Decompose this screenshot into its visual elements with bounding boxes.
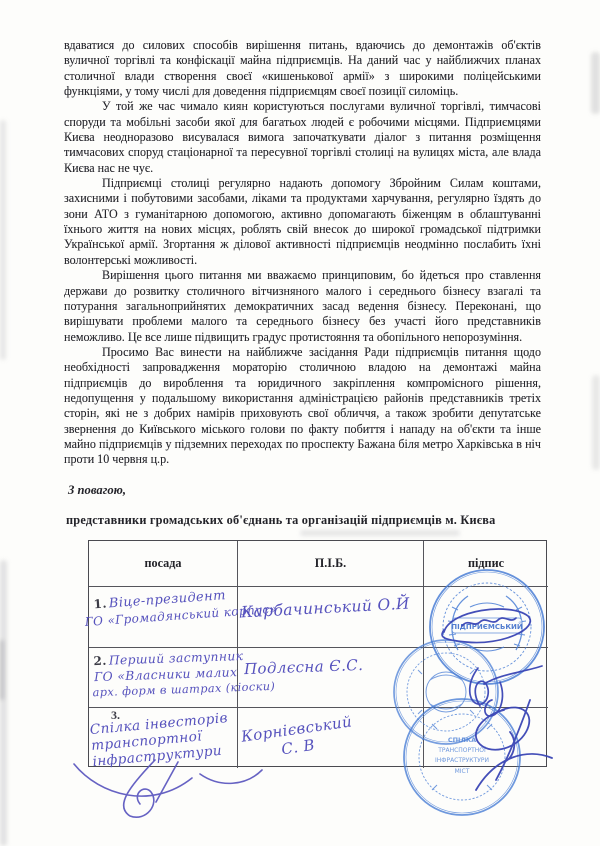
signatories-line: представники громадських об'єднань та ор… [66, 513, 546, 528]
body-paragraph-1: вдаватися до силових способів вирішення … [64, 38, 541, 99]
handwritten-name: Подлєсна Є.С. [244, 656, 364, 678]
stamp-text: МІСТ [455, 768, 470, 775]
row-number-2: 2. [93, 654, 107, 668]
body-paragraph-4: Вирішення цього питання ми вважаємо прин… [64, 268, 541, 345]
row-number-1: 1. [93, 596, 107, 611]
position-cell-1: 1.Віце-президент ГО «Громадянський корпу… [89, 587, 238, 648]
name-cell-1: Карбачинський О.Й [238, 587, 424, 648]
body-paragraph-3: Підприємці столиці регулярно надають доп… [64, 176, 541, 268]
scanned-letter-page: вдаватися до силових способів вирішення … [0, 0, 600, 846]
handwritten-name: Карбачинський О.Й [241, 595, 411, 622]
scan-edge-left [0, 640, 4, 700]
name-cell-3: Корнієвський С. В [238, 708, 424, 768]
signature-cell-3 [424, 708, 548, 768]
closing-line: З повагою, [68, 483, 126, 498]
body-paragraph-2: У той же час чимало киян користуються по… [64, 99, 541, 176]
scan-smudge [300, 530, 460, 536]
scan-edge-right [592, 375, 600, 470]
signature-table: посада П.І.Б. підпис 1.Віце-президент ГО… [88, 540, 547, 767]
position-cell-3: 3. Спілка інвесторів транспортної інфрас… [89, 708, 238, 768]
scan-edge-left [0, 560, 7, 846]
letter-body: вдаватися до силових способів вирішення … [64, 38, 541, 468]
scan-edge-right [591, 52, 600, 114]
scan-edge-left [0, 120, 6, 360]
signature-cell-2 [424, 648, 548, 708]
body-paragraph-5: Просимо Вас винести на найближче засідан… [64, 345, 541, 468]
name-cell-2: Подлєсна Є.С. [238, 648, 424, 708]
table-header-posada: посада [89, 541, 238, 587]
position-cell-2: 2.Перший заступник ГО «Власники малих ар… [89, 648, 238, 708]
table-header-pidpys: підпис [424, 541, 548, 587]
table-header-pib: П.І.Б. [238, 541, 424, 587]
signature-cell-1 [424, 587, 548, 648]
